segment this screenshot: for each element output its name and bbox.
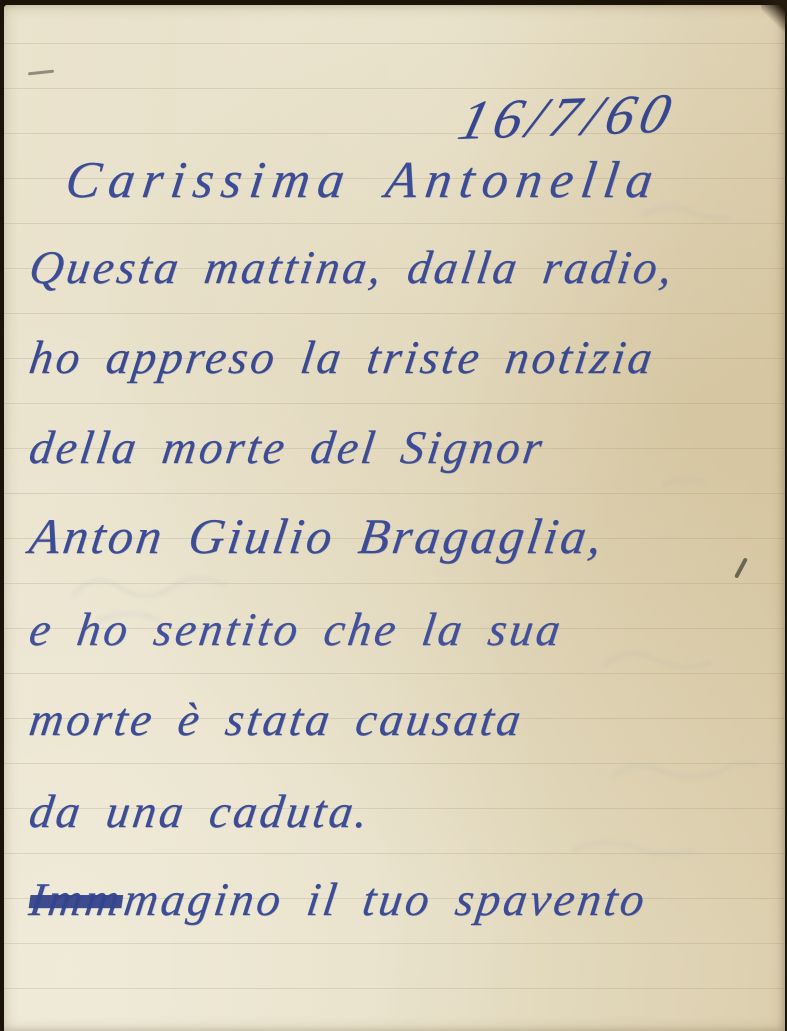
letter-body-line-4: Anton Giulio Bragaglia, — [26, 507, 609, 565]
pencil-stray-mark — [28, 70, 54, 76]
letter-body-line-1: Questa mattina, dalla radio, — [26, 241, 679, 295]
ink-stray-mark — [734, 557, 748, 578]
letter-body-line-3: della morte del Signor — [26, 421, 548, 475]
scanned-letter-page: 16/7/60 Carissima Antonella Questa matti… — [0, 0, 787, 1031]
letter-salutation: Carissima Antonella — [62, 151, 664, 210]
struck-out-word-start: Imm — [26, 874, 126, 926]
letter-paper: 16/7/60 Carissima Antonella Questa matti… — [4, 5, 785, 1031]
letter-body-line-7: da una caduta. — [26, 785, 374, 839]
letter-date: 16/7/60 — [452, 82, 683, 153]
letter-body-line-8: Immmagino il tuo spavento — [26, 873, 651, 927]
letter-body-line-5: e ho sentito che la sua — [26, 603, 567, 657]
letter-body-line-6: morte è stata causata — [26, 693, 527, 747]
letter-body-line-8-text: magino il tuo spavento — [121, 874, 651, 926]
letter-body-line-2: ho appreso la triste notizia — [26, 331, 658, 385]
